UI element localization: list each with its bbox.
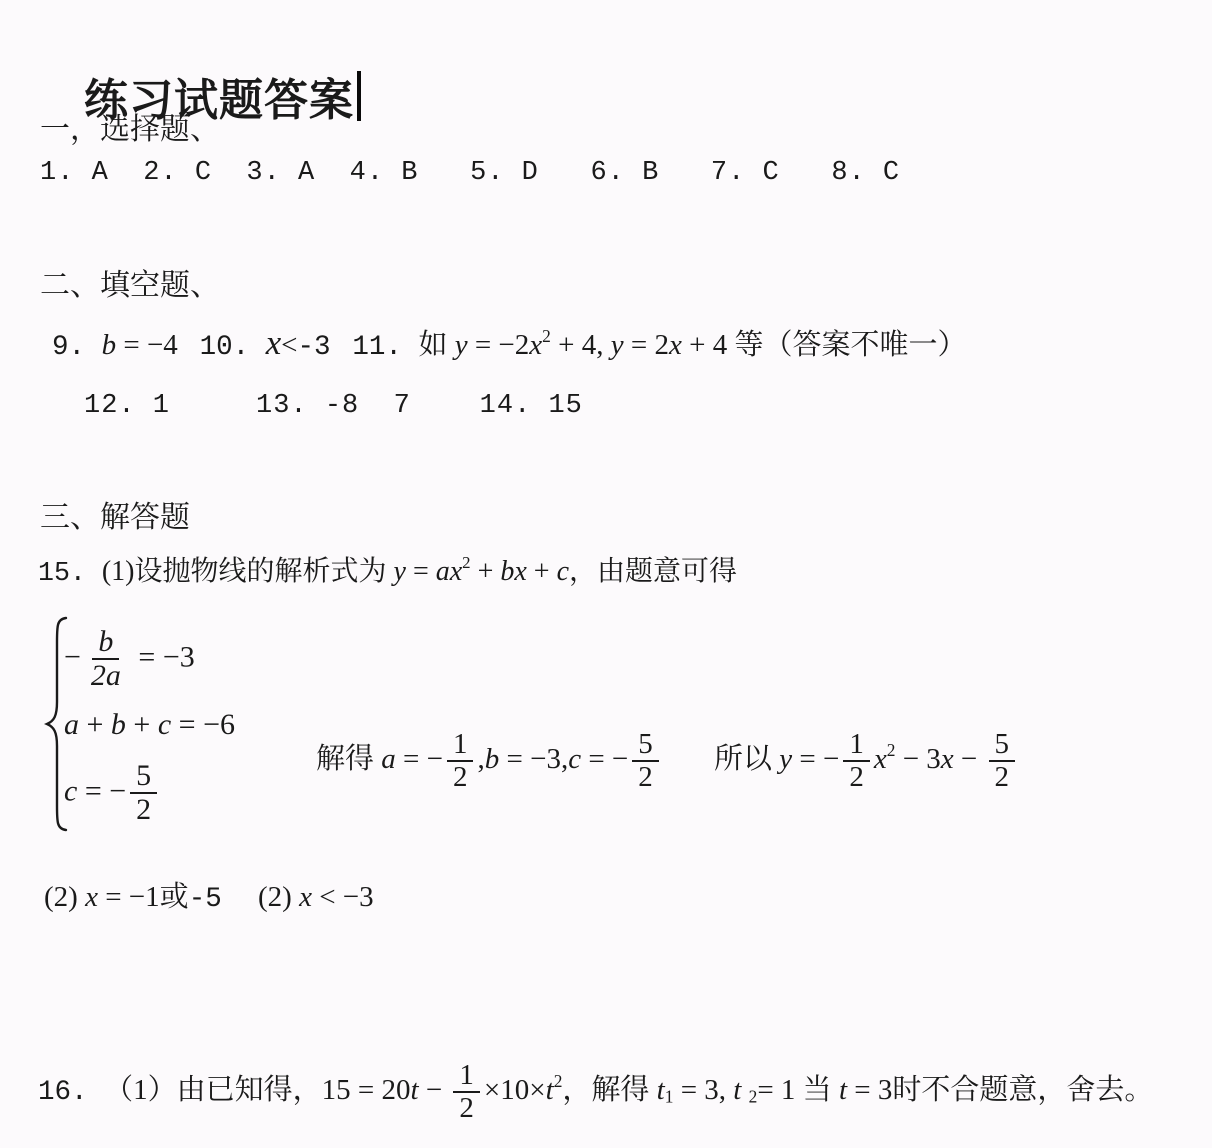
q16-line: 16. （1）由已知得，15 = 20t − 12×10×t2，解得 t1 = … xyxy=(38,1060,1153,1125)
math-token: = −3 xyxy=(131,640,195,673)
math-token: 所以 xyxy=(714,743,779,775)
math-token: = −3, xyxy=(499,743,568,775)
math-token xyxy=(741,1074,748,1106)
math-token: x xyxy=(874,743,887,775)
solve-result-line: 解得 a = −12,b = −3,c = −52 xyxy=(316,729,663,794)
math-token: a xyxy=(64,708,79,741)
fraction-numerator: 5 xyxy=(989,729,1016,762)
math-token: = 1 xyxy=(757,1074,802,1106)
math-token: + 4 xyxy=(682,329,735,361)
math-token: + xyxy=(79,708,111,741)
math-token: -5 xyxy=(189,884,222,915)
math-token: = − xyxy=(792,743,839,775)
system-eq3: c = −52 xyxy=(64,760,161,827)
math-token: − xyxy=(419,1074,450,1106)
math-token: c xyxy=(158,708,171,741)
fraction: 52 xyxy=(989,729,1016,794)
math-token: x xyxy=(669,329,682,361)
math-token: ×10× xyxy=(484,1074,546,1106)
math-token: ax xyxy=(436,556,462,587)
section-solve-heading: 三、解答题 xyxy=(40,498,190,537)
math-token: c xyxy=(557,556,569,587)
math-token: x xyxy=(85,881,98,913)
system-eq1: −b2a = −3 xyxy=(64,626,195,693)
fraction: b2a xyxy=(85,626,127,693)
math-token: y xyxy=(779,743,792,775)
math-token: = −2 xyxy=(468,329,530,361)
math-token: − xyxy=(64,640,81,673)
math-token: 2 xyxy=(462,553,470,572)
math-token: + 4, xyxy=(551,329,611,361)
math-token: ，由题意可得 xyxy=(569,556,737,587)
math-token: 如 xyxy=(418,329,454,361)
math-token: ，解得 xyxy=(562,1074,656,1106)
math-token: = xyxy=(406,556,436,587)
math-token: 15 = 20 xyxy=(322,1074,411,1106)
math-token xyxy=(222,881,258,913)
fraction-denominator: 2 xyxy=(989,762,1016,793)
math-token: y xyxy=(611,329,624,361)
math-token: y xyxy=(455,329,468,361)
math-token: x xyxy=(299,881,312,913)
math-token: = − xyxy=(581,743,628,775)
math-token xyxy=(178,329,200,361)
math-token: a xyxy=(381,743,396,775)
math-token: b xyxy=(111,708,126,741)
fraction: 12 xyxy=(453,1060,480,1125)
math-token: + xyxy=(471,556,501,587)
fraction-numerator: 1 xyxy=(447,729,474,762)
fraction-numerator: 5 xyxy=(130,760,157,794)
section-choice-heading: 一，选择题、 xyxy=(40,110,220,149)
fraction-numerator: b xyxy=(92,626,119,660)
math-token: 或 xyxy=(160,881,189,913)
math-token: 11. xyxy=(352,332,418,363)
math-token: t xyxy=(411,1074,419,1106)
math-token: x xyxy=(941,743,954,775)
fraction-numerator: 5 xyxy=(632,729,659,762)
math-token: 9. xyxy=(52,332,102,363)
math-token: + xyxy=(126,708,158,741)
math-token: 10. xyxy=(200,332,266,363)
math-token: , xyxy=(477,743,484,775)
fraction: 12 xyxy=(447,729,474,794)
fraction: 52 xyxy=(632,729,659,794)
text-cursor-icon xyxy=(357,71,361,121)
math-token: 等（答案不唯一） xyxy=(734,329,966,361)
math-token: < −3 xyxy=(312,881,374,913)
math-token: t xyxy=(657,1074,665,1106)
fraction-denominator: 2 xyxy=(130,794,157,826)
q15-part2-line: (2) x = −1或-5 (2) x < −3 xyxy=(44,879,374,918)
math-token: bx xyxy=(500,556,526,587)
math-token: = −4 xyxy=(116,329,178,361)
fraction-numerator: 1 xyxy=(453,1060,480,1093)
math-token: c xyxy=(64,774,77,807)
math-token: < xyxy=(281,329,297,361)
math-token: （1）由已知得， xyxy=(104,1074,322,1106)
math-token: -3 xyxy=(298,332,331,363)
fraction-numerator: 1 xyxy=(843,729,870,762)
math-token: = 3 xyxy=(847,1074,892,1106)
math-token: c xyxy=(568,743,581,775)
math-token: = 2 xyxy=(624,329,669,361)
system-eq2: a + b + c = −6 xyxy=(64,705,235,744)
fill-answers-line1: 9. b = −4 10. x<-3 11. 如 y = −2x2 + 4, y… xyxy=(52,320,966,366)
math-token: = − xyxy=(77,774,126,807)
fraction-denominator: 2a xyxy=(85,660,127,692)
math-token: y xyxy=(394,556,406,587)
math-token: 2 xyxy=(542,326,551,346)
math-token: t xyxy=(546,1074,554,1106)
fraction-denominator: 2 xyxy=(843,762,870,793)
math-token: (1)设抛物线的解析式为 xyxy=(102,556,394,587)
math-token: = −1 xyxy=(98,881,160,913)
math-token: b xyxy=(485,743,500,775)
fill-answers-line2: 12. 1 13. -8 7 14. 15 xyxy=(84,389,583,424)
math-token: = − xyxy=(396,743,443,775)
math-token: + xyxy=(527,556,557,587)
math-token: = 3, xyxy=(673,1074,733,1106)
math-token xyxy=(331,329,353,361)
math-token: 时不合题意，舍去。 xyxy=(892,1074,1153,1106)
math-token: − xyxy=(954,743,985,775)
math-token: 15. xyxy=(38,558,102,588)
math-token: = −6 xyxy=(171,708,235,741)
math-token: (2) xyxy=(258,881,299,913)
q15-setup-line: 15. (1)设抛物线的解析式为 y = ax2 + bx + c，由题意可得 xyxy=(38,552,737,590)
math-token: 解得 xyxy=(316,743,381,775)
math-token: 当 xyxy=(803,1074,839,1106)
fraction: 52 xyxy=(130,760,157,827)
choice-answers: 1. A 2. C 3. A 4. B 5. D 6. B 7. C 8. C xyxy=(40,156,900,191)
math-token: 16. xyxy=(38,1077,104,1108)
math-token: (2) xyxy=(44,881,85,913)
math-token: t xyxy=(839,1074,847,1106)
section-fill-heading: 二、填空题、 xyxy=(40,266,220,305)
math-token: b xyxy=(102,329,117,361)
fraction-denominator: 2 xyxy=(453,1093,480,1124)
fraction-denominator: 2 xyxy=(632,762,659,793)
fraction: 12 xyxy=(843,729,870,794)
math-token: 2 xyxy=(749,1086,758,1106)
math-token: x xyxy=(266,323,281,362)
math-token: x xyxy=(529,329,542,361)
math-token: − 3 xyxy=(895,743,940,775)
fraction-denominator: 2 xyxy=(447,762,474,793)
solve-conclusion-line: 所以 y = −12x2 − 3x − 52 xyxy=(714,729,1019,794)
